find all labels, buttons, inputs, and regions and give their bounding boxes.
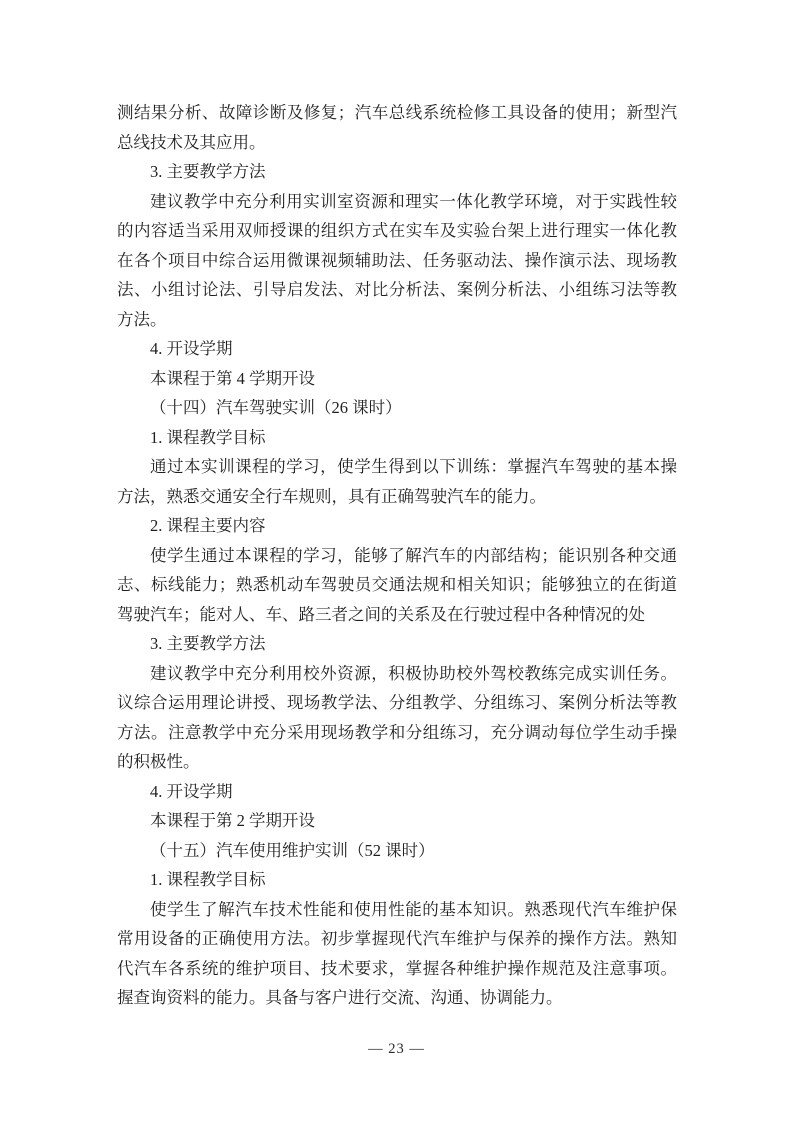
text-line: 志、标线能力；熟悉机动车驾驶员交通法规和相关知识；能够独立的在街道上 [117, 570, 677, 600]
text-line: 常用设备的正确使用方法。初步掌握现代汽车维护与保养的操作方法。熟知现 [117, 924, 677, 954]
text-line: 1. 课程教学目标 [117, 423, 677, 453]
text-line: 通过本实训课程的学习，使学生得到以下训练：掌握汽车驾驶的基本操作 [117, 452, 677, 482]
text-line: 方法。注意教学中充分采用现场教学和分组练习，充分调动每位学生动手操作 [117, 718, 677, 748]
text-line: 本课程于第 4 学期开设 [117, 364, 677, 394]
text-line: 方法。 [117, 305, 677, 335]
text-line: 3. 主要教学方法 [117, 629, 677, 659]
text-line: 握查询资料的能力。具备与客户进行交流、沟通、协调能力。 [117, 983, 677, 1013]
text-line: （十四）汽车驾驶实训（26 课时） [117, 393, 677, 423]
text-line: 1. 课程教学目标 [117, 865, 677, 895]
text-line: 建议教学中充分利用实训室资源和理实一体化教学环境，对于实践性较强 [117, 187, 677, 217]
text-line: 的积极性。 [117, 747, 677, 777]
text-line: 3. 主要教学方法 [117, 157, 677, 187]
page-number: — 23 — [0, 1038, 793, 1060]
text-line: 4. 开设学期 [117, 777, 677, 807]
text-line: 建议教学中充分利用校外资源，积极协助校外驾校教练完成实训任务。建 [117, 659, 677, 689]
text-line: 使学生了解汽车技术性能和使用性能的基本知识。熟悉现代汽车维护保养 [117, 895, 677, 925]
text-line: 法、小组讨论法、引导启发法、对比分析法、案例分析法、小组练习法等教学 [117, 275, 677, 305]
text-line: 在各个项目中综合运用微课视频辅助法、任务驱动法、操作演示法、现场教学 [117, 246, 677, 276]
text-line: 总线技术及其应用。 [117, 128, 677, 158]
text-line: 方法，熟悉交通安全行车规则，具有正确驾驶汽车的能力。 [117, 482, 677, 512]
text-line: 使学生通过本课程的学习，能够了解汽车的内部结构；能识别各种交通标 [117, 541, 677, 571]
document-page: 测结果分析、故障诊断及修复；汽车总线系统检修工具设备的使用；新型汽车总线技术及其… [0, 0, 793, 1122]
text-line: 议综合运用理论讲授、现场教学法、分组教学、分组练习、案例分析法等教学 [117, 688, 677, 718]
text-line: 本课程于第 2 学期开设 [117, 806, 677, 836]
text-line: 2. 课程主要内容 [117, 511, 677, 541]
text-block: 测结果分析、故障诊断及修复；汽车总线系统检修工具设备的使用；新型汽车总线技术及其… [117, 98, 677, 1013]
text-line: 4. 开设学期 [117, 334, 677, 364]
text-line: 测结果分析、故障诊断及修复；汽车总线系统检修工具设备的使用；新型汽车 [117, 98, 677, 128]
text-line: 驾驶汽车；能对人、车、路三者之间的关系及在行驶过程中各种情况的处理。 [117, 600, 677, 630]
text-line: 的内容适当采用双师授课的组织方式在实车及实验台架上进行理实一体化教学； [117, 216, 677, 246]
text-line: 代汽车各系统的维护项目、技术要求，掌握各种维护操作规范及注意事项。掌 [117, 954, 677, 984]
text-line: （十五）汽车使用维护实训（52 课时） [117, 836, 677, 866]
